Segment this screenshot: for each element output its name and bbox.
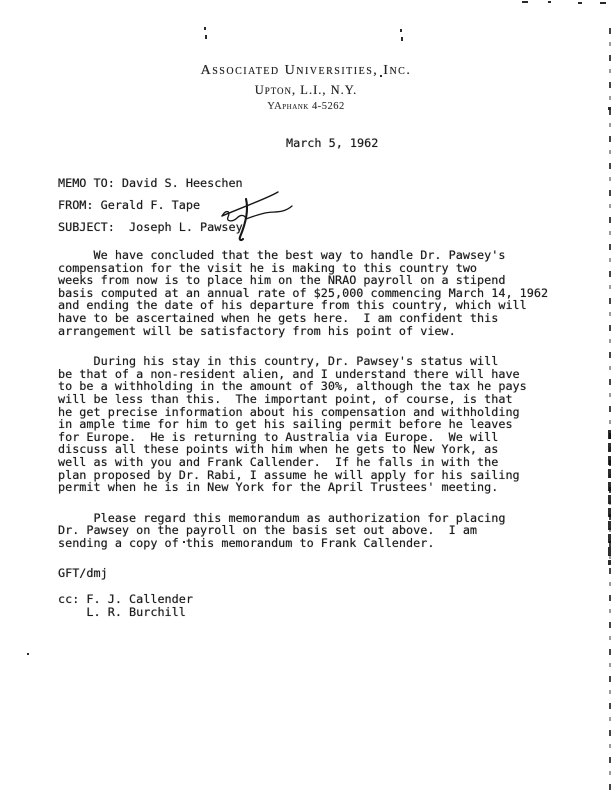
scan-edge-dashed-line [609,28,611,792]
scan-speck [522,1,528,3]
letterhead-phone: YAphank 4-5262 [0,101,612,112]
scan-speck [183,541,185,543]
letterhead-address: Upton, L.I., N.Y. [0,83,612,98]
memo-document-page: Associated Universities, Inc. Upton, L.I… [0,0,612,792]
memo-to-name: David S. Heeschen [122,176,243,190]
memo-to-line: MEMO TO: David S. Heeschen [58,177,243,190]
paragraph-2: During his stay in this country, Dr. Paw… [58,355,572,494]
memo-to-label: MEMO TO: [58,176,122,190]
paragraph-1: We have concluded that the best way to h… [58,249,572,337]
cc-row-2: L. R. Burchill [58,606,572,619]
memo-from-label: FROM: [58,198,101,212]
date-line: March 5, 1962 [286,137,378,150]
scan-speck [400,29,402,32]
memo-body: We have concluded that the best way to h… [58,249,572,618]
cc-name-2: L. R. Burchill [86,605,185,619]
scan-speck [380,75,382,77]
paragraph-3: Please regard this memorandum as authori… [58,512,572,550]
scan-speck [600,2,606,4]
scan-speck [204,27,206,30]
memo-from-name: Gerald F. Tape [101,198,200,212]
letterhead-organization: Associated Universities, Inc. [0,63,612,79]
handwritten-signature-scrawl [210,189,302,247]
memo-subject-label: SUBJECT: [58,220,129,234]
scan-edge-dense-segment [608,430,611,565]
typist-initials: GFT/dmj [58,567,572,580]
scan-speck [27,653,29,655]
cc-block: cc: F. J. Callender L. R. Burchill [58,593,572,618]
scan-speck [608,107,611,110]
scan-speck [578,2,582,4]
scan-speck [548,1,551,3]
scan-speck [401,37,403,41]
cc-indent [58,605,86,619]
scan-speck [205,35,207,39]
letterhead: Associated Universities, Inc. Upton, L.I… [0,63,612,112]
